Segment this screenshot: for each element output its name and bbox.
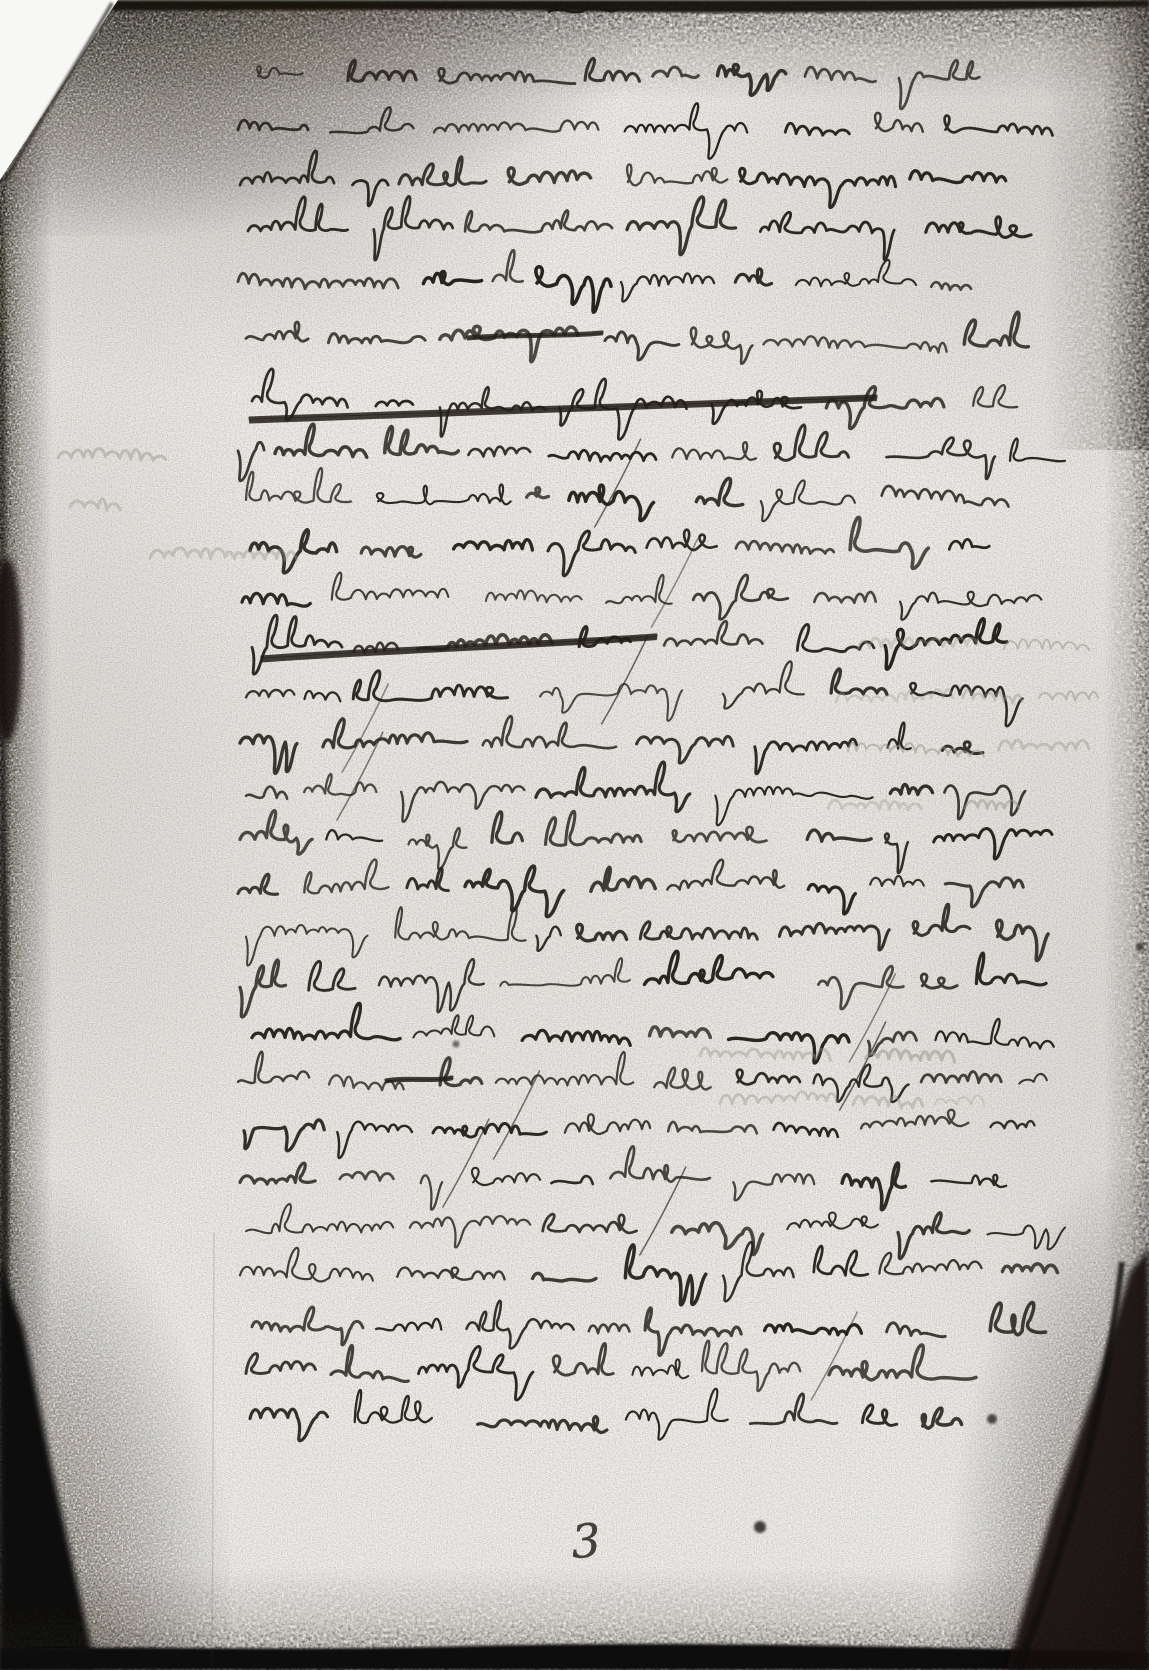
handwriting-word [331, 1345, 408, 1381]
handwriting-line [240, 811, 1052, 873]
handwriting-word [483, 716, 616, 748]
handwriting-word [246, 690, 294, 697]
flourish-stroke [640, 1167, 686, 1255]
handwriting-word [673, 827, 767, 842]
handwriting-word [440, 1058, 482, 1086]
handwriting-word [376, 1319, 441, 1331]
handwriting-word [879, 1253, 981, 1274]
ghost-stroke [150, 548, 297, 560]
handwriting-line [240, 151, 1006, 208]
ghost-writing-line [70, 499, 120, 510]
ghost-writing-line [858, 638, 1089, 651]
handwriting-word [385, 427, 459, 455]
ghost-writing-line [150, 548, 297, 560]
handwriting-word [672, 442, 756, 460]
handwriting-word [409, 828, 467, 869]
handwriting-line [240, 1119, 1006, 1210]
handwriting-word [348, 60, 416, 81]
handwriting-word [500, 958, 630, 986]
handwriting-word [945, 878, 1023, 907]
handwriting-word [913, 904, 970, 935]
handwriting-word [569, 485, 654, 520]
handwriting-word [785, 123, 849, 135]
handwriting-word [997, 920, 1048, 960]
handwriting-word [934, 829, 1052, 859]
handwriting-word [945, 116, 1053, 136]
handwriting-line [252, 1301, 1046, 1356]
handwriting-word [355, 1390, 432, 1423]
ghost-stroke [836, 689, 953, 702]
handwriting-word [374, 196, 453, 260]
handwriting-word [248, 197, 348, 231]
handwriting-word [329, 1075, 404, 1090]
handwriting-word [240, 1163, 315, 1184]
handwriting-word [990, 1303, 1045, 1335]
handwriting-word [467, 1301, 574, 1349]
page-number: 3 [554, 1512, 618, 1570]
handwriting-word [764, 336, 947, 352]
handwriting-word [527, 488, 549, 498]
handwriting-word [926, 217, 1031, 238]
handwriting-word [240, 1248, 373, 1282]
handwriting-word [244, 1120, 324, 1151]
handwriting-word [577, 924, 627, 941]
handwriting-word [246, 925, 368, 966]
handwriting-word [826, 387, 944, 429]
flourish-stroke [811, 1312, 857, 1400]
handwriting-word [718, 65, 786, 96]
handwriting-word [1019, 1074, 1047, 1084]
handwriting-line [238, 859, 1023, 916]
handwriting-word [454, 540, 533, 550]
handwriting-word [964, 312, 1028, 347]
handwriting-word [610, 1146, 710, 1181]
handwriting-word [553, 1343, 613, 1375]
handwriting-word [691, 328, 752, 364]
handwriting-line [244, 1071, 1034, 1159]
handwriting-word [522, 1030, 630, 1045]
handwriting-word [252, 615, 342, 674]
handwriting-word [921, 974, 957, 988]
handwriting-word [246, 787, 287, 799]
handwriting-word [842, 1163, 905, 1210]
handwriting-word [536, 762, 690, 812]
handwriting-word [238, 273, 398, 288]
handwriting-word [898, 1213, 969, 1259]
handwriting-word [238, 120, 308, 130]
handwriting-word [668, 1122, 757, 1133]
handwriting-word [361, 547, 421, 558]
ghost-stroke [935, 1096, 984, 1105]
handwriting-word [605, 332, 679, 360]
handwriting-word [332, 573, 449, 600]
handwriting-word [797, 624, 874, 651]
handwriting-word [240, 811, 312, 855]
handwriting-word [814, 1246, 868, 1275]
ghost-stroke [720, 1092, 837, 1104]
handwriting-word [723, 661, 804, 708]
ghost-stroke [700, 1048, 831, 1060]
handwriting-line [250, 517, 989, 576]
handwriting-word [353, 671, 507, 701]
handwriting-word [468, 447, 530, 457]
handwriting-word [546, 811, 642, 845]
ghost-stroke [853, 1096, 923, 1108]
ghost-stroke [998, 740, 1089, 750]
strikethrough-mark [468, 332, 602, 339]
strikethrough-mark [386, 1077, 452, 1082]
handwriting-line [250, 1389, 962, 1441]
handwriting-word [882, 486, 1009, 507]
handwriting-word [875, 113, 923, 132]
handwriting-word [814, 592, 875, 603]
handwriting-word [647, 530, 717, 550]
handwriting-word [723, 1242, 794, 1301]
handwriting-word [309, 961, 355, 990]
handwriting-word [478, 1417, 607, 1433]
handwriting-word [585, 58, 639, 81]
ghost-writing-line [58, 449, 166, 461]
handwriting-word [805, 67, 876, 82]
handwriting-line [238, 424, 1065, 481]
handwriting-word [818, 966, 903, 1009]
handwriting-word [696, 478, 742, 505]
handwriting-word [252, 369, 348, 420]
ghost-stroke [1004, 639, 1090, 650]
handwriting-word [508, 168, 590, 184]
handwriting-word [931, 282, 971, 290]
handwriting-word [496, 1052, 634, 1086]
handwriting-word [379, 959, 484, 1012]
handwriting-word [606, 575, 672, 604]
handwriting-word [712, 391, 802, 424]
ghost-stroke [963, 690, 1022, 703]
handwriting-word [257, 66, 302, 78]
handwriting-word [887, 438, 995, 479]
handwriting-word [240, 960, 286, 1017]
handwriting-word [252, 1307, 363, 1345]
handwriting-line [238, 103, 1053, 159]
handwriting-word [465, 211, 612, 233]
handwriting-word [397, 1268, 504, 1280]
handwriting-word [650, 1027, 711, 1038]
handwriting-word [419, 1346, 534, 1400]
handwriting-word [242, 593, 310, 606]
handwriting-word [304, 774, 376, 795]
handwriting-word [323, 719, 467, 748]
handwriting-word [796, 260, 916, 287]
handwriting-word [536, 267, 611, 312]
handwriting-word [672, 1223, 763, 1255]
handwriting-word [421, 1175, 443, 1209]
handwriting-word [330, 107, 413, 133]
handwriting-word [401, 782, 524, 822]
flourish-stroke [337, 732, 383, 820]
handwriting-word [774, 425, 848, 460]
handwriting-word [654, 1068, 710, 1090]
handwriting-word [740, 168, 896, 207]
handwriting-word [423, 271, 481, 284]
handwriting-line [246, 439, 1009, 527]
handwriting-word [540, 684, 682, 721]
handwriting-word [693, 575, 788, 619]
handwriting-word [472, 1168, 540, 1185]
handwriting-word [246, 1204, 393, 1233]
handwriting-word [808, 884, 855, 914]
handwriting-word [988, 1226, 1066, 1250]
handwriting-word [275, 424, 367, 457]
ghost-stroke [828, 800, 922, 810]
handwriting-word [536, 927, 560, 951]
handwriting-word [238, 874, 278, 894]
handwriting-word [548, 531, 635, 576]
handwriting-word [921, 1072, 1001, 1083]
handwriting-word [885, 834, 908, 874]
handwriting-word [439, 68, 575, 83]
handwriting-word [395, 907, 525, 941]
handwriting-word [1002, 1264, 1057, 1273]
handwriting-word [353, 180, 389, 206]
handwriting-word [591, 867, 655, 891]
handwriting-word [702, 1341, 800, 1391]
handwriting-word [787, 1212, 878, 1229]
ghost-stroke [1039, 691, 1098, 700]
handwriting-word [625, 1245, 705, 1305]
handwriting-word [407, 868, 449, 891]
handwriting-word [533, 1273, 596, 1281]
handwriting-word [440, 326, 578, 361]
handwriting-word [626, 1389, 728, 1440]
flourish-stroke [602, 636, 648, 724]
handwriting-word [949, 539, 989, 549]
handwriting-word [410, 1216, 530, 1247]
handwriting-word [252, 1003, 400, 1040]
handwriting-word [807, 830, 871, 841]
handwriting-word [829, 1345, 976, 1380]
handwriting-word [645, 951, 773, 984]
manuscript-page: 3 [0, 0, 1149, 1670]
handwriting-word [862, 1405, 896, 1426]
handwriting-word [493, 250, 523, 282]
handwriting-word [779, 923, 889, 950]
handwriting-word [890, 784, 932, 794]
handwriting-line [248, 196, 1031, 260]
handwriting-word [761, 480, 855, 521]
handwriting-word [434, 121, 598, 133]
handwriting-word [637, 736, 734, 763]
handwriting-word [240, 735, 297, 773]
handwriting-word [973, 385, 1017, 407]
handwriting-word [238, 1052, 309, 1083]
handwriting-line [238, 250, 971, 312]
handwriting-word [640, 922, 757, 939]
handwriting-word [900, 592, 1041, 620]
handwriting-word [774, 1123, 838, 1137]
ghost-writing-line [828, 800, 1019, 810]
ghost-stroke [58, 449, 166, 461]
handwriting-word [931, 1175, 1006, 1187]
handwriting-word [329, 334, 426, 343]
handwriting-layer [0, 0, 1149, 1670]
handwriting-word [632, 1359, 688, 1378]
handwriting-word [991, 1121, 1035, 1128]
ghost-writing-line [700, 1048, 955, 1062]
strike-line [262, 635, 656, 657]
handwriting-line [240, 684, 983, 774]
handwriting-word [337, 1122, 412, 1158]
handwriting-word [936, 1019, 1054, 1049]
handwriting-word [760, 212, 894, 260]
handwriting-line [246, 904, 1048, 965]
handwriting-word [627, 197, 736, 255]
handwriting-word [870, 876, 924, 886]
handwriting-word [1010, 439, 1065, 462]
handwriting-word [413, 1015, 494, 1037]
handwriting-word [887, 1323, 946, 1337]
handwriting-word [565, 1114, 650, 1134]
handwriting-word [492, 812, 523, 843]
handwriting-word [549, 450, 656, 461]
handwriting-word [715, 787, 872, 825]
handwriting-word [733, 1174, 814, 1200]
ghost-writing-line [720, 1092, 984, 1108]
handwriting-word [653, 67, 699, 77]
handwriting-word [627, 164, 727, 185]
handwriting-word [861, 1110, 968, 1129]
handwriting-word [755, 739, 857, 774]
handwriting-word [664, 621, 762, 645]
handwriting-word [377, 484, 511, 504]
handwriting-line [252, 615, 1007, 674]
handwriting-line [257, 58, 979, 108]
handwriting-word [750, 1394, 837, 1424]
handwriting-word [621, 273, 714, 301]
handwriting-word [326, 830, 382, 841]
handwriting-word [486, 590, 582, 602]
handwriting-word [240, 151, 334, 185]
handwriting-word [246, 322, 308, 341]
handwriting-word [433, 1123, 546, 1137]
handwriting-word [735, 269, 771, 285]
handwriting-word [551, 1176, 592, 1184]
handwriting-word [737, 1070, 800, 1085]
handwriting-word [850, 517, 928, 568]
handwriting-word [543, 1214, 637, 1233]
ghost-stroke [866, 1049, 955, 1062]
handwriting-word [736, 541, 834, 554]
handwriting-word [399, 157, 486, 186]
handwriting-word [625, 103, 748, 159]
handwriting-word [305, 691, 341, 701]
handwriting-line [240, 1242, 1057, 1305]
handwriting-word [246, 1354, 316, 1374]
handwriting-word [910, 171, 1006, 183]
handwriting-word [340, 1171, 394, 1180]
handwriting-word [246, 468, 351, 503]
handwriting-line [246, 312, 1028, 364]
handwriting-word [304, 859, 388, 893]
handwriting-word [589, 1324, 630, 1333]
handwriting-word [667, 860, 784, 890]
handwriting-word [250, 1408, 328, 1440]
handwriting-word [376, 401, 413, 407]
ghost-stroke [70, 499, 120, 510]
flourish-stroke [342, 684, 388, 772]
strike-line [250, 400, 876, 422]
handwriting-word [831, 669, 887, 695]
handwriting-word [922, 1408, 961, 1428]
handwriting-word [899, 60, 980, 108]
